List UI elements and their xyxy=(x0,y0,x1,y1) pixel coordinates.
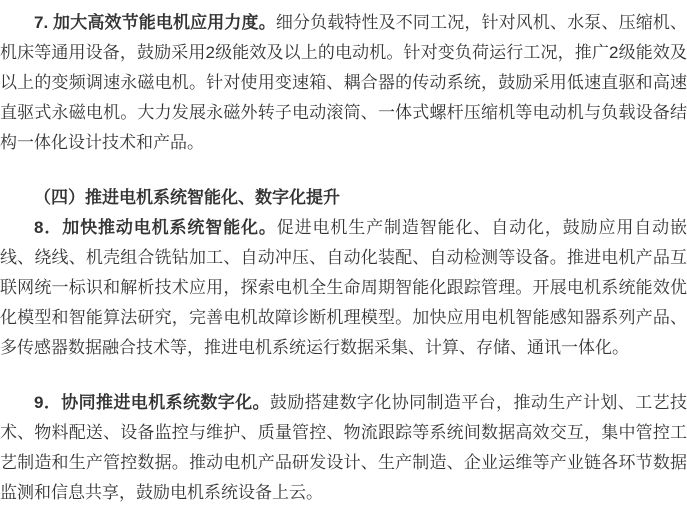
section-heading-4-text: （四）推进电机系统智能化、数字化提升 xyxy=(34,188,340,207)
paragraph-item-8-text: 促进电机生产制造智能化、自动化，鼓励应用自动嵌线、绕线、机壳组合铣钻加工、自动冲… xyxy=(0,218,687,357)
paragraph-item-8: 8．加快推动电机系统智能化。促进电机生产制造智能化、自动化，鼓励应用自动嵌线、绕… xyxy=(0,213,687,363)
paragraph-item-7-lead: 7. 加大高效节能电机应用力度。 xyxy=(34,13,276,32)
paragraph-item-9-lead: 9．协同推进电机系统数字化。 xyxy=(34,393,270,412)
paragraph-item-7: 7. 加大高效节能电机应用力度。细分负载特性及不同工况，针对风机、水泵、压缩机、… xyxy=(0,8,687,158)
paragraph-item-9: 9．协同推进电机系统数字化。鼓励搭建数字化协同制造平台，推动生产计划、工艺技术、… xyxy=(0,388,687,508)
article-body: 7. 加大高效节能电机应用力度。细分负载特性及不同工况，针对风机、水泵、压缩机、… xyxy=(0,0,687,525)
paragraph-item-8-lead: 8．加快推动电机系统智能化。 xyxy=(34,218,277,237)
section-heading-4: （四）推进电机系统智能化、数字化提升 xyxy=(0,183,687,213)
paragraph-item-7-text: 细分负载特性及不同工况，针对风机、水泵、压缩机、机床等通用设备，鼓励采用2级能效… xyxy=(0,13,687,152)
